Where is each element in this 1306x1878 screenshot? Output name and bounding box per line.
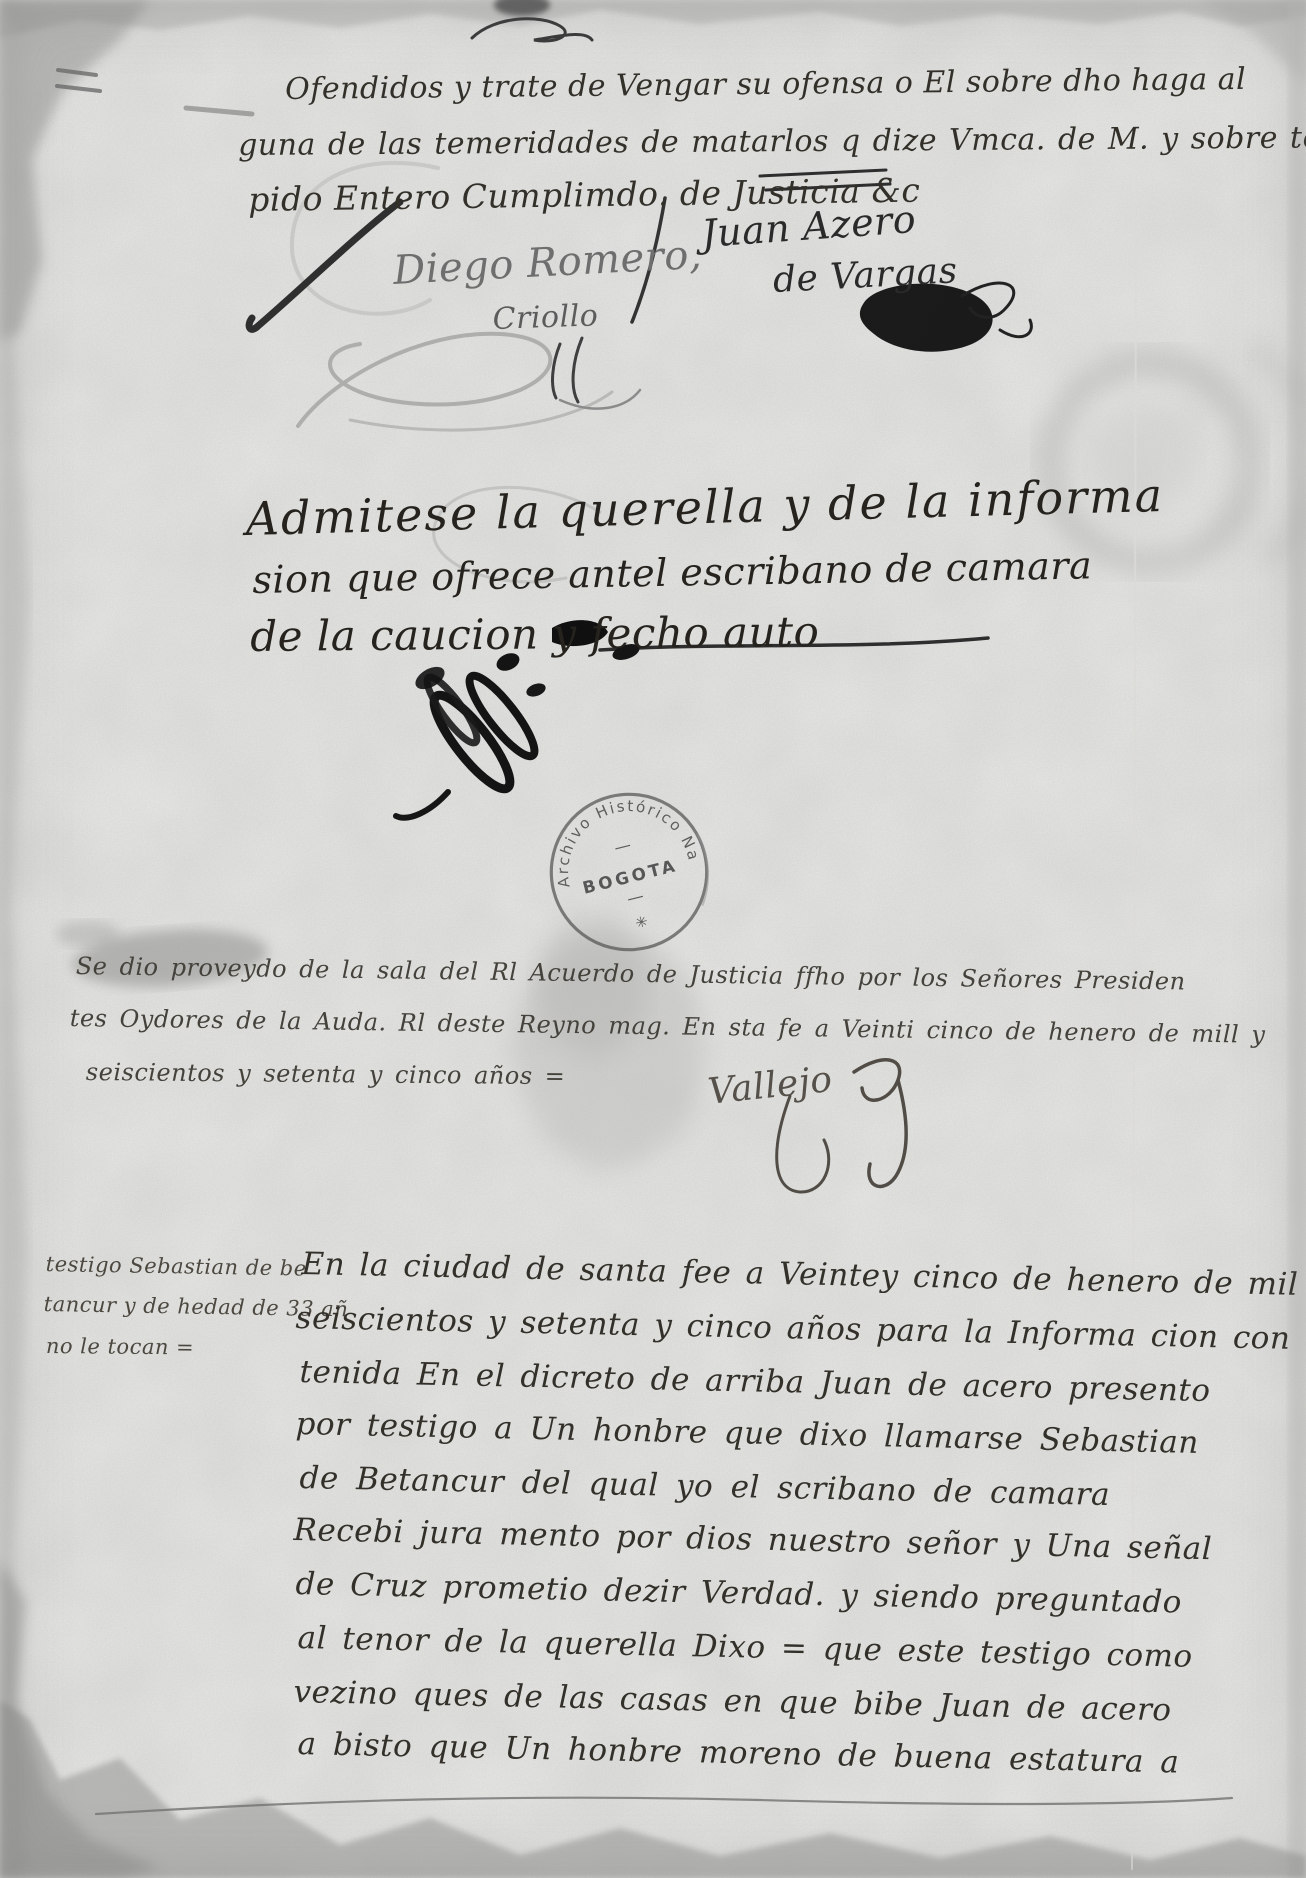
scan-vignette xyxy=(0,0,1306,1878)
manuscript-scan: Ofendidos y trate de Vengar su ofensa o … xyxy=(0,0,1306,1878)
